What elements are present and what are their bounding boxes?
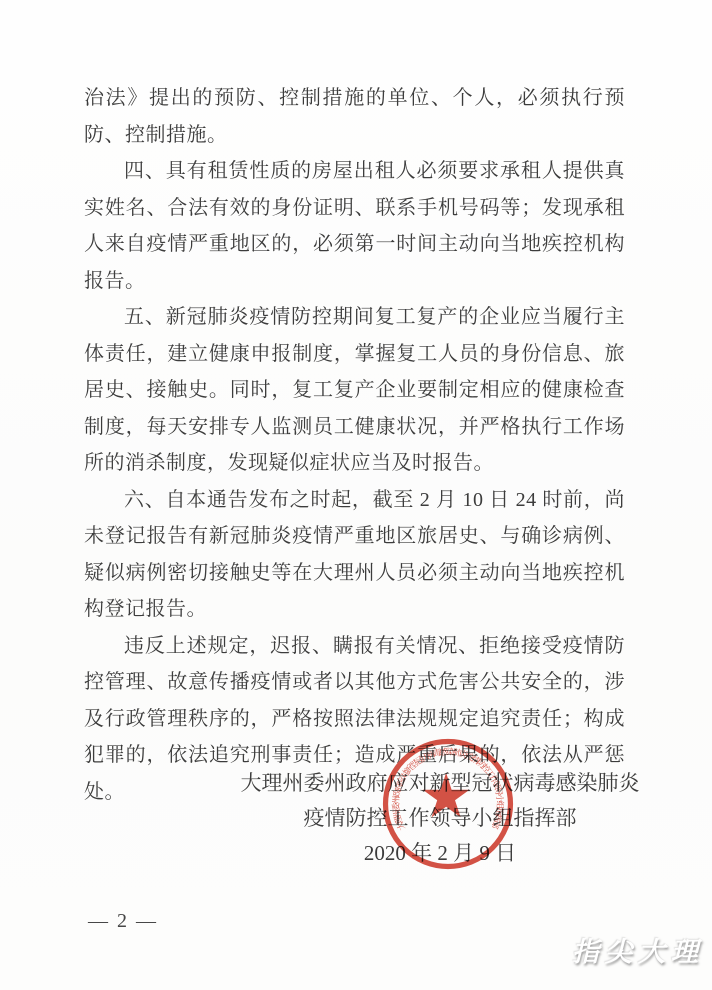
paragraph-item-5: 五、新冠肺炎疫情防控期间复工复产的企业应当履行主体责任，建立健康申报制度，掌握复… <box>84 299 625 482</box>
paragraph-continuation: 治法》提出的预防、控制措施的单位、个人，必须执行预防、控制措施。 <box>84 80 625 153</box>
signature-org-line2: 疫情防控工作领导小组指挥部 <box>170 801 710 836</box>
page-number: — 2 — <box>88 910 158 933</box>
document-page: 治法》提出的预防、控制措施的单位、个人，必须执行预防、控制措施。 四、具有租赁性… <box>0 0 712 990</box>
paragraph-item-4: 四、具有租赁性质的房屋出租人必须要求承租人提供真实姓名、合法有效的身份证明、联系… <box>84 153 625 299</box>
document-body: 治法》提出的预防、控制措施的单位、个人，必须执行预防、控制措施。 四、具有租赁性… <box>84 80 625 810</box>
signature-date: 2020 年 2 月 9 日 <box>170 836 710 871</box>
paragraph-item-6: 六、自本通告发布之时起，截至 2 月 10 日 24 时前，尚未登记报告有新冠肺… <box>84 482 625 628</box>
signature-org-line1: 大理州委州政府应对新型冠状病毒感染肺炎 <box>170 766 710 801</box>
signature-block: 大理州委州政府应对新型冠状病毒感染肺炎 疫情防控工作领导小组指挥部 2020 年… <box>170 766 710 871</box>
watermark: 指尖大理 <box>534 930 704 969</box>
